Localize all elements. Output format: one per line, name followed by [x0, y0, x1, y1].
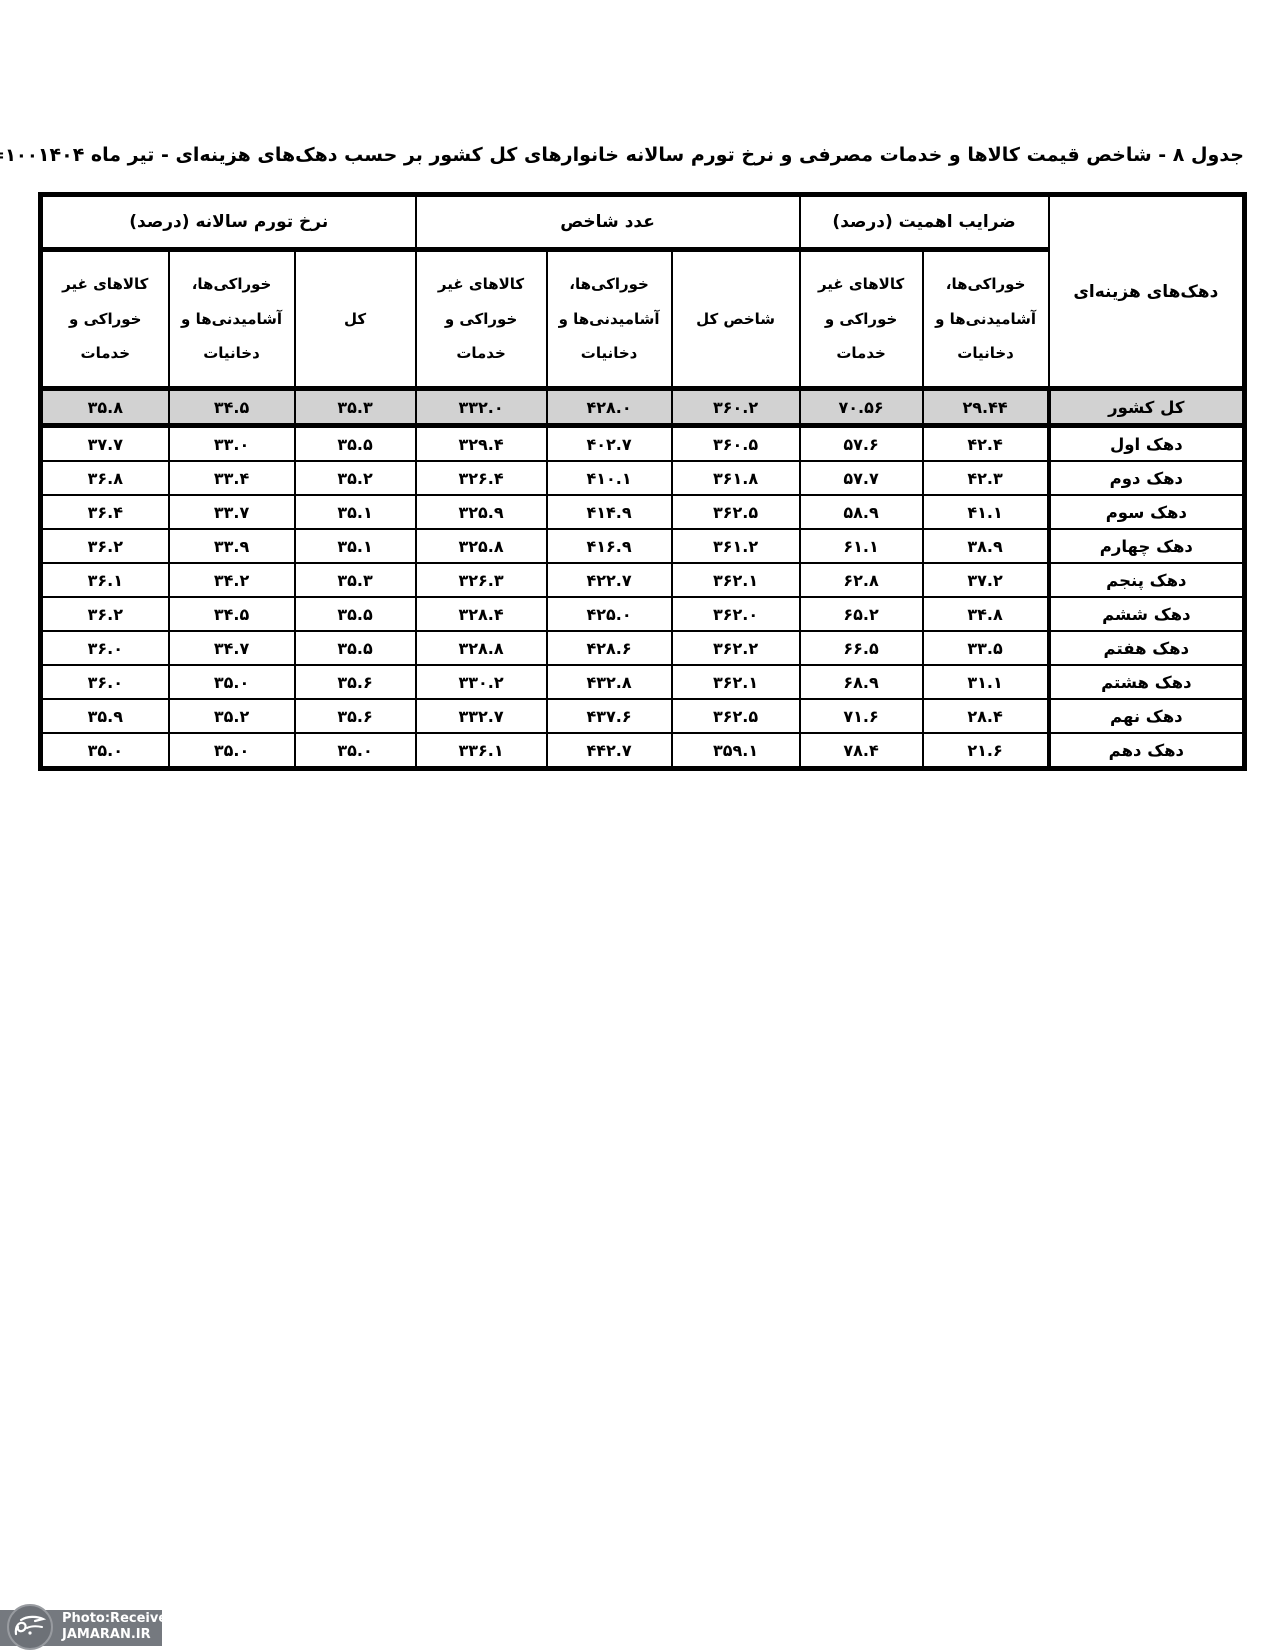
row-label: دهک پنجم [1049, 563, 1245, 597]
cpi-table: دهک‌های هزینه‌ای ضرایب اهمیت (درصد) عدد … [38, 192, 1247, 771]
value-cell: ۴۳۲.۸ [547, 665, 672, 699]
value-cell: ۶۵.۲ [800, 597, 923, 631]
watermark-line1: Photo:Received [62, 1611, 176, 1627]
value-cell: ۳۶۱.۸ [672, 461, 800, 495]
value-cell: ۳۲۶.۳ [416, 563, 547, 597]
value-cell: ۳۶۱.۲ [672, 529, 800, 563]
row-header-cell: دهک‌های هزینه‌ای [1049, 195, 1245, 389]
watermark-text: Photo:Received JAMARAN.IR [62, 1611, 176, 1644]
value-cell: ۳۲۵.۹ [416, 495, 547, 529]
row-label: دهک دوم [1049, 461, 1245, 495]
value-cell: ۷۰.۵۶ [800, 389, 923, 426]
row-label: دهک ششم [1049, 597, 1245, 631]
value-cell: ۳۲۸.۸ [416, 631, 547, 665]
value-cell: ۳۶۲.۲ [672, 631, 800, 665]
value-cell: ۴۲۵.۰ [547, 597, 672, 631]
group-header-row: دهک‌های هزینه‌ای ضرایب اهمیت (درصد) عدد … [41, 195, 1245, 250]
table-title: جدول ۸ - شاخص قیمت کالاها و خدمات مصرفی … [38, 144, 1244, 166]
index-base-label: ۱۴۰۰=۱۰۰ [0, 145, 38, 166]
value-cell: ۳۷.۲ [923, 563, 1049, 597]
row-label: دهک چهارم [1049, 529, 1245, 563]
value-cell: ۳۵.۵ [295, 426, 416, 462]
value-cell: ۳۶.۲ [41, 529, 169, 563]
value-cell: ۳۵.۸ [41, 389, 169, 426]
value-cell: ۳۲۹.۴ [416, 426, 547, 462]
col-inflation-total: کل [295, 250, 416, 389]
value-cell: ۷۱.۶ [800, 699, 923, 733]
jamaran-logo-icon [7, 1604, 53, 1650]
table-row: دهک پنجم ۳۷.۲ ۶۲.۸ ۳۶۲.۱ ۴۲۲.۷ ۳۲۶.۳ ۳۵.… [41, 563, 1245, 597]
group-index: عدد شاخص [416, 195, 800, 250]
table-row: دهک دهم ۲۱.۶ ۷۸.۴ ۳۵۹.۱ ۴۴۲.۷ ۳۳۶.۱ ۳۵.۰… [41, 733, 1245, 769]
row-label: دهک اول [1049, 426, 1245, 462]
value-cell: ۶۸.۹ [800, 665, 923, 699]
value-cell: ۳۳۰.۲ [416, 665, 547, 699]
value-cell: ۳۳.۹ [169, 529, 295, 563]
value-cell: ۳۶۲.۵ [672, 699, 800, 733]
jamaran-logo-glyph [13, 1612, 47, 1642]
value-cell: ۳۵.۰ [41, 733, 169, 769]
value-cell: ۷۸.۴ [800, 733, 923, 769]
value-cell: ۳۴.۵ [169, 389, 295, 426]
table-row: کل کشور ۲۹.۴۴ ۷۰.۵۶ ۳۶۰.۲ ۴۲۸.۰ ۳۳۲.۰ ۳۵… [41, 389, 1245, 426]
value-cell: ۴۱۰.۱ [547, 461, 672, 495]
value-cell: ۳۵.۰ [169, 733, 295, 769]
value-cell: ۴۲۸.۰ [547, 389, 672, 426]
value-cell: ۳۴.۵ [169, 597, 295, 631]
value-cell: ۳۵.۵ [295, 631, 416, 665]
value-cell: ۳۱.۱ [923, 665, 1049, 699]
value-cell: ۳۶۰.۲ [672, 389, 800, 426]
value-cell: ۳۵.۳ [295, 389, 416, 426]
value-cell: ۵۷.۶ [800, 426, 923, 462]
value-cell: ۳۵.۶ [295, 665, 416, 699]
table-body: کل کشور ۲۹.۴۴ ۷۰.۵۶ ۳۶۰.۲ ۴۲۸.۰ ۳۳۲.۰ ۳۵… [41, 389, 1245, 769]
value-cell: ۳۷.۷ [41, 426, 169, 462]
row-label: دهک نهم [1049, 699, 1245, 733]
group-inflation: نرخ تورم سالانه (درصد) [41, 195, 416, 250]
value-cell: ۳۲۶.۴ [416, 461, 547, 495]
value-cell: ۴۱۶.۹ [547, 529, 672, 563]
value-cell: ۲۱.۶ [923, 733, 1049, 769]
value-cell: ۳۲۵.۸ [416, 529, 547, 563]
watermark-badge: Photo:Received JAMARAN.IR [0, 1610, 162, 1646]
value-cell: ۳۳.۷ [169, 495, 295, 529]
value-cell: ۳۵.۶ [295, 699, 416, 733]
col-index-nonfood: کالاهای غیر خوراکی و خدمات [416, 250, 547, 389]
value-cell: ۳۳.۵ [923, 631, 1049, 665]
value-cell: ۳۳۲.۰ [416, 389, 547, 426]
value-cell: ۳۶.۰ [41, 665, 169, 699]
value-cell: ۳۳.۴ [169, 461, 295, 495]
value-cell: ۳۶.۸ [41, 461, 169, 495]
table-row: دهک دوم ۴۲.۳ ۵۷.۷ ۳۶۱.۸ ۴۱۰.۱ ۳۲۶.۴ ۳۵.۲… [41, 461, 1245, 495]
value-cell: ۲۸.۴ [923, 699, 1049, 733]
row-label: دهک هفتم [1049, 631, 1245, 665]
value-cell: ۴۲۲.۷ [547, 563, 672, 597]
value-cell: ۳۵۹.۱ [672, 733, 800, 769]
value-cell: ۳۵.۳ [295, 563, 416, 597]
value-cell: ۳۵.۵ [295, 597, 416, 631]
row-label: دهک هشتم [1049, 665, 1245, 699]
value-cell: ۴۴۲.۷ [547, 733, 672, 769]
value-cell: ۳۶.۰ [41, 631, 169, 665]
value-cell: ۴۲۸.۶ [547, 631, 672, 665]
value-cell: ۴۱.۱ [923, 495, 1049, 529]
value-cell: ۳۶۲.۰ [672, 597, 800, 631]
table-row: دهک اول ۴۲.۴ ۵۷.۶ ۳۶۰.۵ ۴۰۲.۷ ۳۲۹.۴ ۳۵.۵… [41, 426, 1245, 462]
value-cell: ۳۵.۲ [295, 461, 416, 495]
value-cell: ۳۵.۱ [295, 529, 416, 563]
value-cell: ۴۳۷.۶ [547, 699, 672, 733]
col-weights-nonfood: کالاهای غیر خوراکی و خدمات [800, 250, 923, 389]
value-cell: ۳۶۲.۱ [672, 563, 800, 597]
value-cell: ۶۶.۵ [800, 631, 923, 665]
col-weights-food: خوراکی‌ها، آشامیدنی‌ها و دخانیات [923, 250, 1049, 389]
value-cell: ۴۲.۴ [923, 426, 1049, 462]
cpi-table-container: دهک‌های هزینه‌ای ضرایب اهمیت (درصد) عدد … [38, 192, 1247, 771]
value-cell: ۳۶.۲ [41, 597, 169, 631]
value-cell: ۳۶.۴ [41, 495, 169, 529]
value-cell: ۳۴.۲ [169, 563, 295, 597]
value-cell: ۳۳.۰ [169, 426, 295, 462]
value-cell: ۳۳۲.۷ [416, 699, 547, 733]
value-cell: ۴۱۴.۹ [547, 495, 672, 529]
value-cell: ۳۵.۱ [295, 495, 416, 529]
value-cell: ۳۴.۸ [923, 597, 1049, 631]
table-row: دهک سوم ۴۱.۱ ۵۸.۹ ۳۶۲.۵ ۴۱۴.۹ ۳۲۵.۹ ۳۵.۱… [41, 495, 1245, 529]
row-label: کل کشور [1049, 389, 1245, 426]
value-cell: ۵۸.۹ [800, 495, 923, 529]
table-row: دهک هفتم ۳۳.۵ ۶۶.۵ ۳۶۲.۲ ۴۲۸.۶ ۳۲۸.۸ ۳۵.… [41, 631, 1245, 665]
value-cell: ۳۶۲.۱ [672, 665, 800, 699]
table-row: دهک ششم ۳۴.۸ ۶۵.۲ ۳۶۲.۰ ۴۲۵.۰ ۳۲۸.۴ ۳۵.۵… [41, 597, 1245, 631]
table-row: دهک نهم ۲۸.۴ ۷۱.۶ ۳۶۲.۵ ۴۳۷.۶ ۳۳۲.۷ ۳۵.۶… [41, 699, 1245, 733]
document-header: جدول ۸ - شاخص قیمت کالاها و خدمات مصرفی … [26, 144, 1244, 166]
value-cell: ۳۴.۷ [169, 631, 295, 665]
table-row: دهک هشتم ۳۱.۱ ۶۸.۹ ۳۶۲.۱ ۴۳۲.۸ ۳۳۰.۲ ۳۵.… [41, 665, 1245, 699]
value-cell: ۴۰۲.۷ [547, 426, 672, 462]
row-label: دهک دهم [1049, 733, 1245, 769]
table-row: دهک چهارم ۳۸.۹ ۶۱.۱ ۳۶۱.۲ ۴۱۶.۹ ۳۲۵.۸ ۳۵… [41, 529, 1245, 563]
value-cell: ۳۵.۲ [169, 699, 295, 733]
value-cell: ۴۲.۳ [923, 461, 1049, 495]
value-cell: ۳۵.۹ [41, 699, 169, 733]
watermark-line2: JAMARAN.IR [62, 1627, 176, 1643]
value-cell: ۳۶.۱ [41, 563, 169, 597]
value-cell: ۳۵.۰ [169, 665, 295, 699]
value-cell: ۲۹.۴۴ [923, 389, 1049, 426]
value-cell: ۳۵.۰ [295, 733, 416, 769]
value-cell: ۳۶۰.۵ [672, 426, 800, 462]
group-weights: ضرایب اهمیت (درصد) [800, 195, 1049, 250]
col-inflation-nonfood: کالاهای غیر خوراکی و خدمات [41, 250, 169, 389]
col-inflation-food: خوراکی‌ها، آشامیدنی‌ها و دخانیات [169, 250, 295, 389]
value-cell: ۳۲۸.۴ [416, 597, 547, 631]
value-cell: ۵۷.۷ [800, 461, 923, 495]
value-cell: ۳۶۲.۵ [672, 495, 800, 529]
value-cell: ۳۳۶.۱ [416, 733, 547, 769]
value-cell: ۳۸.۹ [923, 529, 1049, 563]
col-index-food: خوراکی‌ها، آشامیدنی‌ها و دخانیات [547, 250, 672, 389]
value-cell: ۶۱.۱ [800, 529, 923, 563]
document-page: { "page": { "title": "جدول ۸ - شاخص قیمت… [0, 0, 1275, 1650]
value-cell: ۶۲.۸ [800, 563, 923, 597]
col-index-total: شاخص کل [672, 250, 800, 389]
row-label: دهک سوم [1049, 495, 1245, 529]
